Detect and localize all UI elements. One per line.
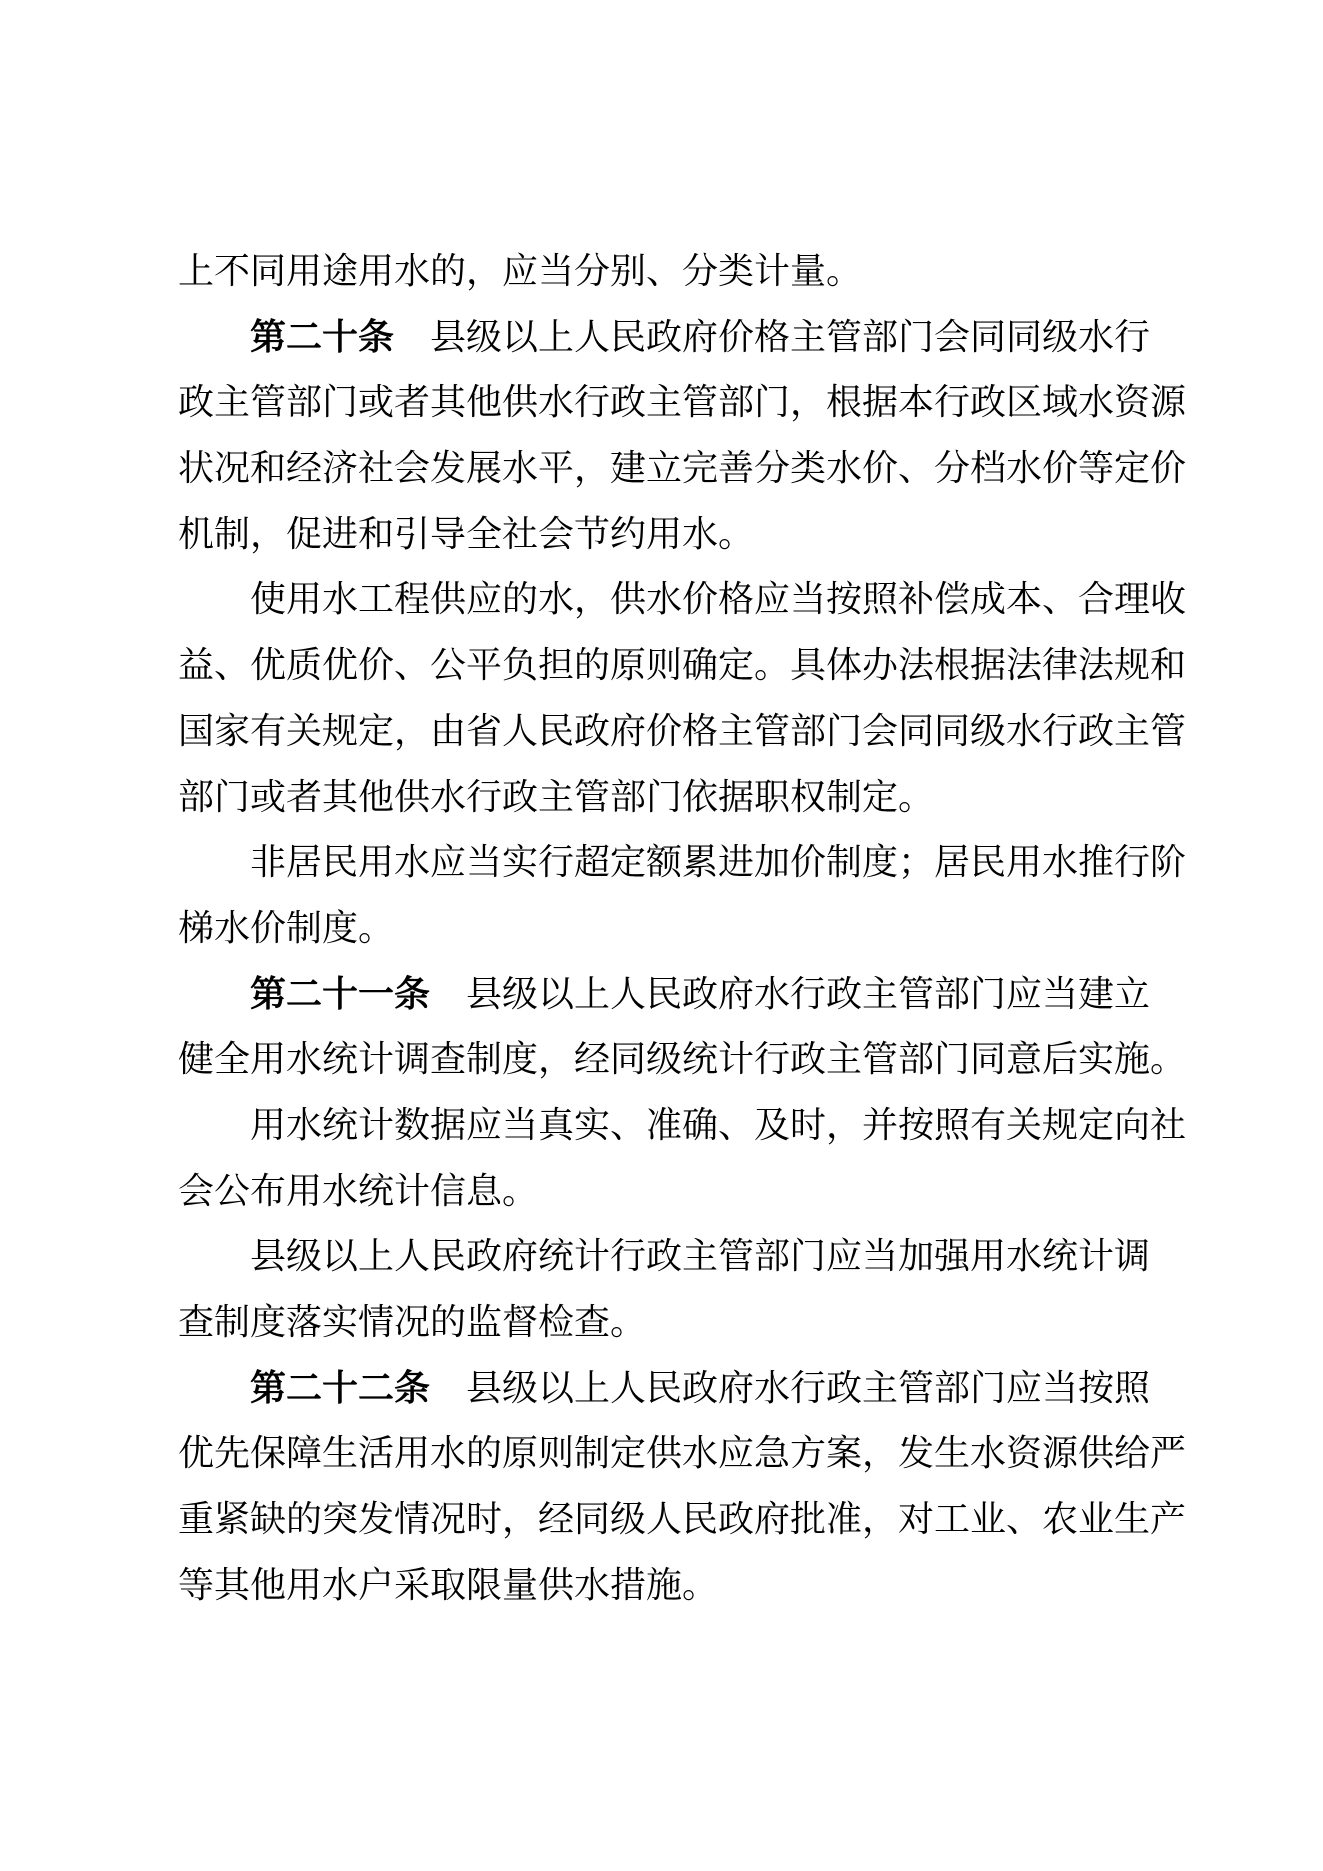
text-run: 政主管部门或者其他供水行政主管部门，根据本行政区域水资源 xyxy=(178,382,1186,422)
text-run: 梯水价制度。 xyxy=(178,908,394,948)
text-line: 第二十一条 县级以上人民政府水行政主管部门应当建立 xyxy=(178,962,1238,1028)
text-run: 国家有关规定，由省人民政府价格主管部门会同同级水行政主管 xyxy=(178,711,1186,751)
text-line: 使用水工程供应的水，供水价格应当按照补偿成本、合理收 xyxy=(178,567,1238,633)
document-page: 上不同用途用水的，应当分别、分类计量。 第二十条 县级以上人民政府价格主管部门会… xyxy=(0,0,1323,1871)
text-line: 优先保障生活用水的原则制定供水应急方案，发生水资源供给严 xyxy=(178,1421,1238,1487)
text-run: 使用水工程供应的水，供水价格应当按照补偿成本、合理收 xyxy=(178,579,1186,619)
text-run xyxy=(178,317,250,357)
text-line: 查制度落实情况的监督检查。 xyxy=(178,1290,1238,1356)
text-run: 县级以上人民政府水行政主管部门应当按照 xyxy=(430,1368,1150,1408)
text-run: 县级以上人民政府价格主管部门会同同级水行 xyxy=(394,317,1150,357)
text-run: 会公布用水统计信息。 xyxy=(178,1171,538,1211)
text-line: 第二十二条 县级以上人民政府水行政主管部门应当按照 xyxy=(178,1356,1238,1422)
text-line: 部门或者其他供水行政主管部门依据职权制定。 xyxy=(178,765,1238,831)
text-run: 县级以上人民政府水行政主管部门应当建立 xyxy=(430,974,1150,1014)
text-line: 上不同用途用水的，应当分别、分类计量。 xyxy=(178,239,1238,305)
text-line: 县级以上人民政府统计行政主管部门应当加强用水统计调 xyxy=(178,1224,1238,1290)
text-run: 机制，促进和引导全社会节约用水。 xyxy=(178,514,754,554)
article-number: 第二十一条 xyxy=(250,974,430,1014)
text-line: 健全用水统计调查制度，经同级统计行政主管部门同意后实施。 xyxy=(178,1027,1238,1093)
text-line: 会公布用水统计信息。 xyxy=(178,1159,1238,1225)
text-run: 县级以上人民政府统计行政主管部门应当加强用水统计调 xyxy=(178,1236,1150,1276)
text-run: 上不同用途用水的，应当分别、分类计量。 xyxy=(178,251,862,291)
text-run: 部门或者其他供水行政主管部门依据职权制定。 xyxy=(178,777,934,817)
text-run: 非居民用水应当实行超定额累进加价制度；居民用水推行阶 xyxy=(178,842,1186,882)
text-run xyxy=(178,1368,250,1408)
text-line: 非居民用水应当实行超定额累进加价制度；居民用水推行阶 xyxy=(178,830,1238,896)
text-line: 第二十条 县级以上人民政府价格主管部门会同同级水行 xyxy=(178,305,1238,371)
article-number: 第二十二条 xyxy=(250,1368,430,1408)
text-run: 健全用水统计调查制度，经同级统计行政主管部门同意后实施。 xyxy=(178,1039,1186,1079)
text-line: 用水统计数据应当真实、准确、及时，并按照有关规定向社 xyxy=(178,1093,1238,1159)
text-line: 状况和经济社会发展水平，建立完善分类水价、分档水价等定价 xyxy=(178,436,1238,502)
text-run: 等其他用水户采取限量供水措施。 xyxy=(178,1565,718,1605)
text-line: 梯水价制度。 xyxy=(178,896,1238,962)
text-line: 机制，促进和引导全社会节约用水。 xyxy=(178,502,1238,568)
text-run: 重紧缺的突发情况时，经同级人民政府批准，对工业、农业生产 xyxy=(178,1499,1186,1539)
article-number: 第二十条 xyxy=(250,317,394,357)
text-line: 重紧缺的突发情况时，经同级人民政府批准，对工业、农业生产 xyxy=(178,1487,1238,1553)
text-run: 查制度落实情况的监督检查。 xyxy=(178,1302,646,1342)
text-run xyxy=(178,974,250,1014)
text-line: 国家有关规定，由省人民政府价格主管部门会同同级水行政主管 xyxy=(178,699,1238,765)
text-line: 益、优质优价、公平负担的原则确定。具体办法根据法律法规和 xyxy=(178,633,1238,699)
document-body: 上不同用途用水的，应当分别、分类计量。 第二十条 县级以上人民政府价格主管部门会… xyxy=(178,239,1238,1618)
text-line: 政主管部门或者其他供水行政主管部门，根据本行政区域水资源 xyxy=(178,370,1238,436)
text-line: 等其他用水户采取限量供水措施。 xyxy=(178,1553,1238,1619)
text-run: 用水统计数据应当真实、准确、及时，并按照有关规定向社 xyxy=(178,1105,1186,1145)
text-run: 状况和经济社会发展水平，建立完善分类水价、分档水价等定价 xyxy=(178,448,1186,488)
text-run: 益、优质优价、公平负担的原则确定。具体办法根据法律法规和 xyxy=(178,645,1186,685)
text-run: 优先保障生活用水的原则制定供水应急方案，发生水资源供给严 xyxy=(178,1433,1186,1473)
